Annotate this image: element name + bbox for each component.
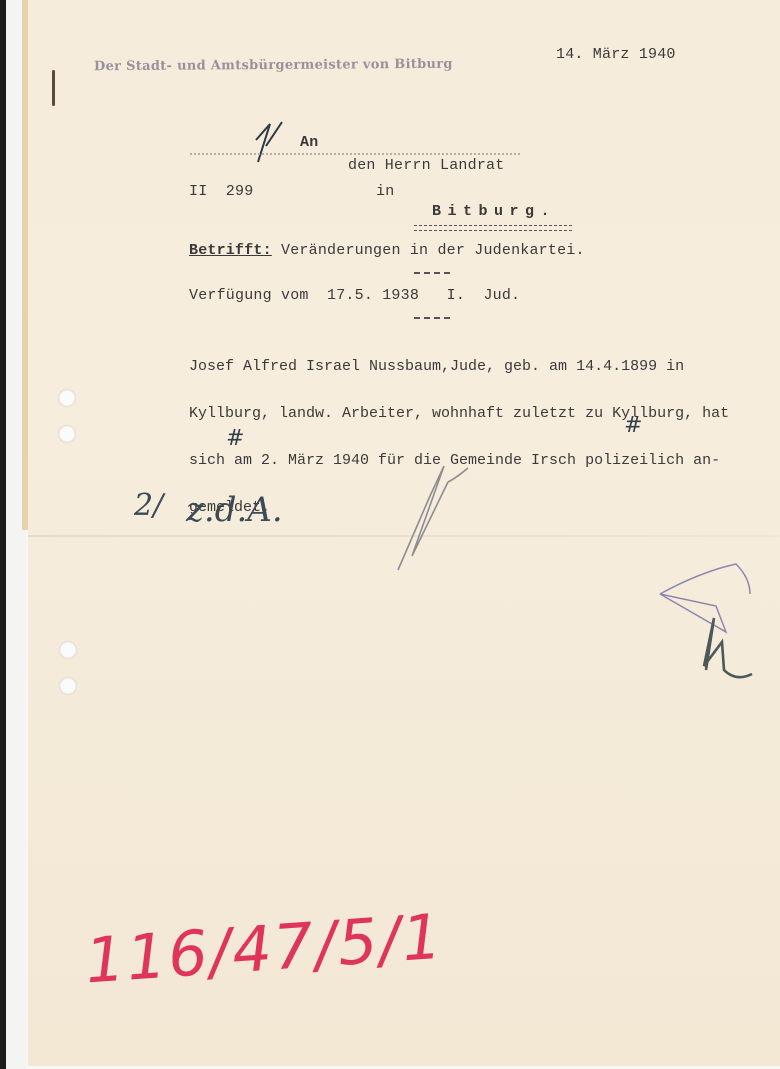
in-word: in <box>376 183 394 200</box>
signature-initials <box>656 558 766 688</box>
handwritten-note-2: 2/ <box>134 488 163 523</box>
hash-mark-left: # <box>226 426 244 451</box>
dotted-rule <box>190 153 520 155</box>
subject-text: Veränderungen in der Judenkartei. <box>272 242 585 259</box>
salutation-an: An <box>300 134 318 151</box>
double-underline <box>414 225 572 231</box>
body-line: Kyllburg, landw. Arbeiter, wohnhaft zule… <box>189 402 759 426</box>
punch-hole <box>59 677 77 695</box>
recipient: den Herrn Landrat <box>348 157 504 174</box>
body-line: Josef Alfred Israel Nussbaum,Jude, geb. … <box>189 355 759 379</box>
punch-hole <box>58 389 76 407</box>
subject-line: Betrifft: Veränderungen in der Judenkart… <box>189 242 585 259</box>
recipient-city: Bitburg. <box>432 203 556 220</box>
reference-number: II 299 <box>189 183 253 200</box>
document-date: 14. März 1940 <box>556 46 676 63</box>
separator-rule <box>414 317 450 319</box>
decree-reference: Verfügung vom 17.5. 1938 I. Jud. <box>189 287 520 304</box>
handwritten-mark-1 <box>252 118 292 168</box>
subject-label: Betrifft: <box>189 242 272 259</box>
pencil-initials <box>390 460 480 580</box>
punch-hole <box>59 641 77 659</box>
hash-mark-right: # <box>624 413 642 438</box>
punch-hole <box>58 425 76 443</box>
separator-rule <box>414 272 450 274</box>
staple-mark <box>52 70 55 106</box>
handwritten-note-zda: z.d.A. <box>186 490 283 530</box>
letterhead-stamp: Der Stadt- und Amtsbürgermeister von Bit… <box>94 57 453 75</box>
